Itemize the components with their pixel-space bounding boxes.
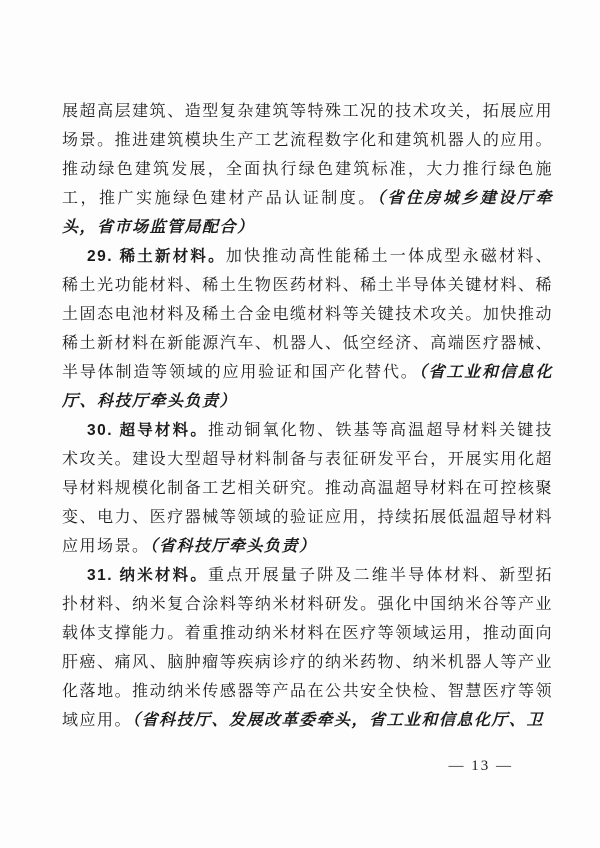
document-body: 展超高层建筑、造型复杂建筑等特殊工况的技术攻关，拓展应用场景。推进建筑模块生产工… xyxy=(62,97,553,735)
page-footer: — 13 — xyxy=(449,756,514,776)
responsible-unit-note: （省科技厅牵头负责） xyxy=(150,538,317,555)
paragraph: 29. 稀土新材料。加快推动高性能稀土一体成型永磁材料、稀土光功能材料、稀土生物… xyxy=(62,242,553,416)
document-page: { "page": { "background": "#fdfdfd", "te… xyxy=(0,0,600,848)
paragraph: 31. 纳米材料。重点开展量子阱及二维半导体材料、新型拓扑材料、纳米复合涂料等纳… xyxy=(62,561,553,735)
body-text-run: 推动铜氧化物、铁基等高温超导材料关键技术攻关。建设大型超导材料制备与表征研发平台… xyxy=(62,422,553,555)
body-text-run: 加快推动高性能稀土一体成型永磁材料、稀土光功能材料、稀土生物医药材料、稀土半导体… xyxy=(62,248,553,381)
item-heading: 30. 超导材料。 xyxy=(87,422,208,439)
item-heading: 29. 稀土新材料。 xyxy=(87,248,226,265)
paragraph: 30. 超导材料。推动铜氧化物、铁基等高温超导材料关键技术攻关。建设大型超导材料… xyxy=(62,416,553,561)
item-heading: 31. 纳米材料。 xyxy=(87,567,208,584)
page-number: — 13 — xyxy=(449,758,514,774)
responsible-unit-note: （省科技厅、发展改革委牵头，省工业和信息化厅、卫 xyxy=(132,712,544,729)
body-text-run: 重点开展量子阱及二维半导体材料、新型拓扑材料、纳米复合涂料等纳米材料研发。强化中… xyxy=(62,567,553,729)
paragraph: 展超高层建筑、造型复杂建筑等特殊工况的技术攻关，拓展应用场景。推进建筑模块生产工… xyxy=(62,97,553,242)
